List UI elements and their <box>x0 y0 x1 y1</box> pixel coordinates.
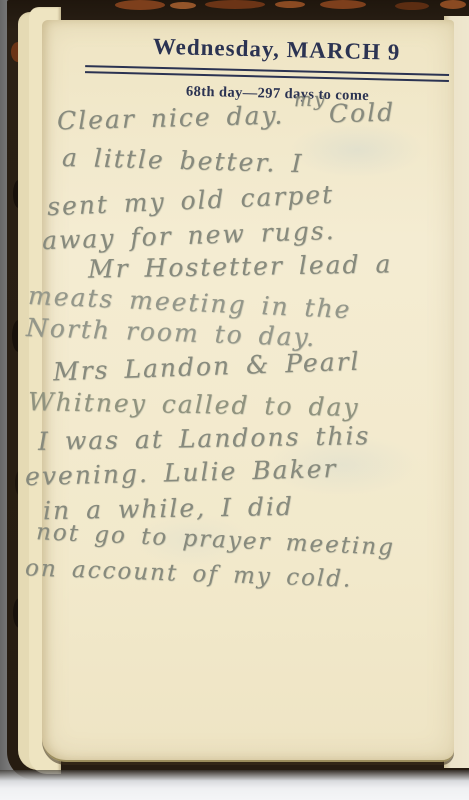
handwriting-line: Mrs Landon & Pearl <box>53 347 361 387</box>
date-title: Wednesday, MARCH 9 <box>41 31 454 67</box>
diary-page: Wednesday, MARCH 9 68th day—297 days to … <box>42 20 454 762</box>
handwriting-text: Clear nice day. <box>57 100 285 135</box>
handwriting-line: Mr Hostetter lead a <box>88 249 393 283</box>
page-header: Wednesday, MARCH 9 68th day—297 days to … <box>40 31 453 107</box>
handwriting-line: Whitney called to day <box>28 387 360 422</box>
rust-spot <box>115 0 165 10</box>
double-rule <box>85 65 449 82</box>
handwriting-line: away for new rugs. <box>42 216 336 255</box>
rust-spot <box>170 2 196 9</box>
diary-scan: Wednesday, MARCH 9 68th day—297 days to … <box>0 0 469 800</box>
handwriting-line: Clear nice day.myCold <box>57 98 396 136</box>
inserted-word: my <box>294 88 327 111</box>
handwriting-line: not go to prayer meeting <box>36 519 396 561</box>
rust-spot <box>320 0 366 9</box>
handwriting-line: sent my old carpet <box>47 180 335 222</box>
handwriting-line: I was at Landons this <box>38 421 371 456</box>
handwriting-text: Cold <box>329 98 396 129</box>
handwriting-line: a little better. I <box>62 143 304 178</box>
handwriting-line: evening. Lulie Baker <box>25 454 338 491</box>
rust-spot <box>395 2 429 10</box>
rust-spot <box>205 0 265 9</box>
scanner-background <box>0 770 469 800</box>
rust-spot <box>275 1 305 8</box>
rust-spot <box>440 0 466 9</box>
handwriting-line: on account of my cold. <box>25 555 353 592</box>
